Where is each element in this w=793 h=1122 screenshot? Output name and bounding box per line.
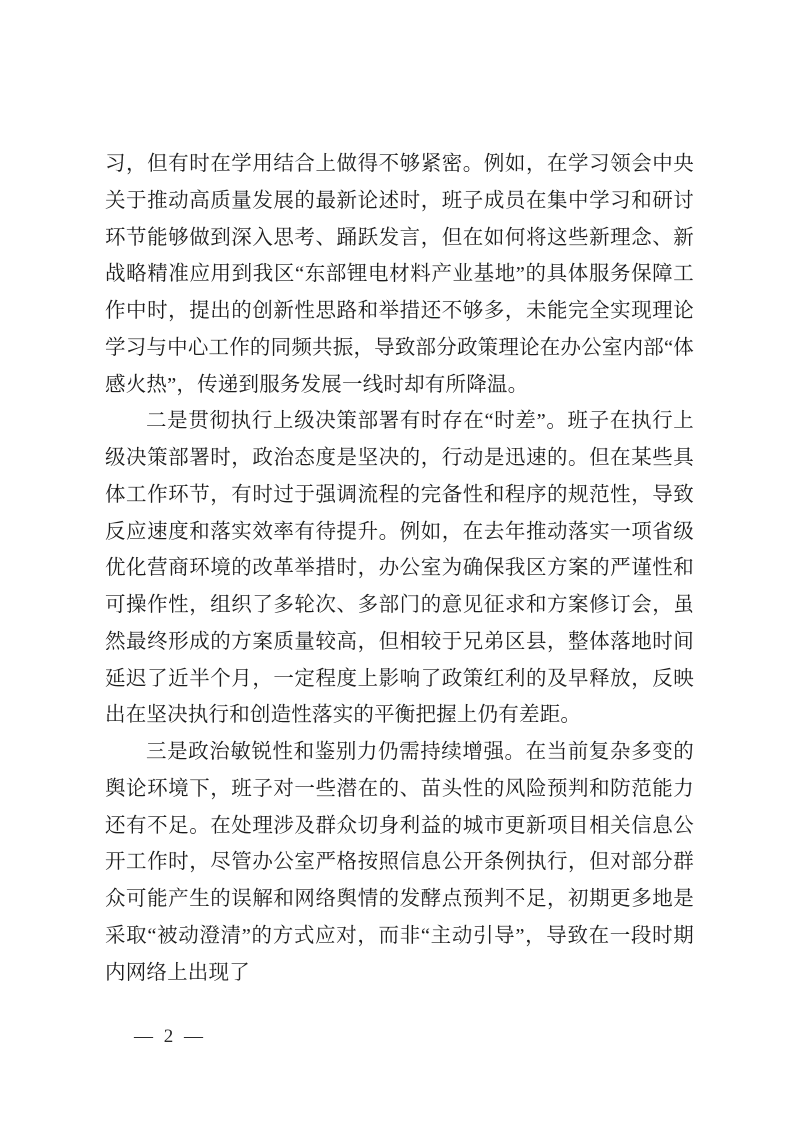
document-body: 习，但有时在学用结合上做得不够紧密。例如，在学习领会中央关于推动高质量发展的最新… bbox=[105, 146, 694, 991]
paragraph: 习，但有时在学用结合上做得不够紧密。例如，在学习领会中央关于推动高质量发展的最新… bbox=[105, 146, 694, 403]
document-page: 习，但有时在学用结合上做得不够紧密。例如，在学习领会中央关于推动高质量发展的最新… bbox=[0, 0, 793, 1122]
paragraph: 二是贯彻执行上级决策部署有时存在“时差”。班子在执行上级决策部署时，政治态度是坚… bbox=[105, 403, 694, 734]
paragraph: 三是政治敏锐性和鉴别力仍需持续增强。在当前复杂多变的舆论环境下，班子对一些潜在的… bbox=[105, 734, 694, 991]
page-number: — 2 — bbox=[134, 1026, 206, 1048]
